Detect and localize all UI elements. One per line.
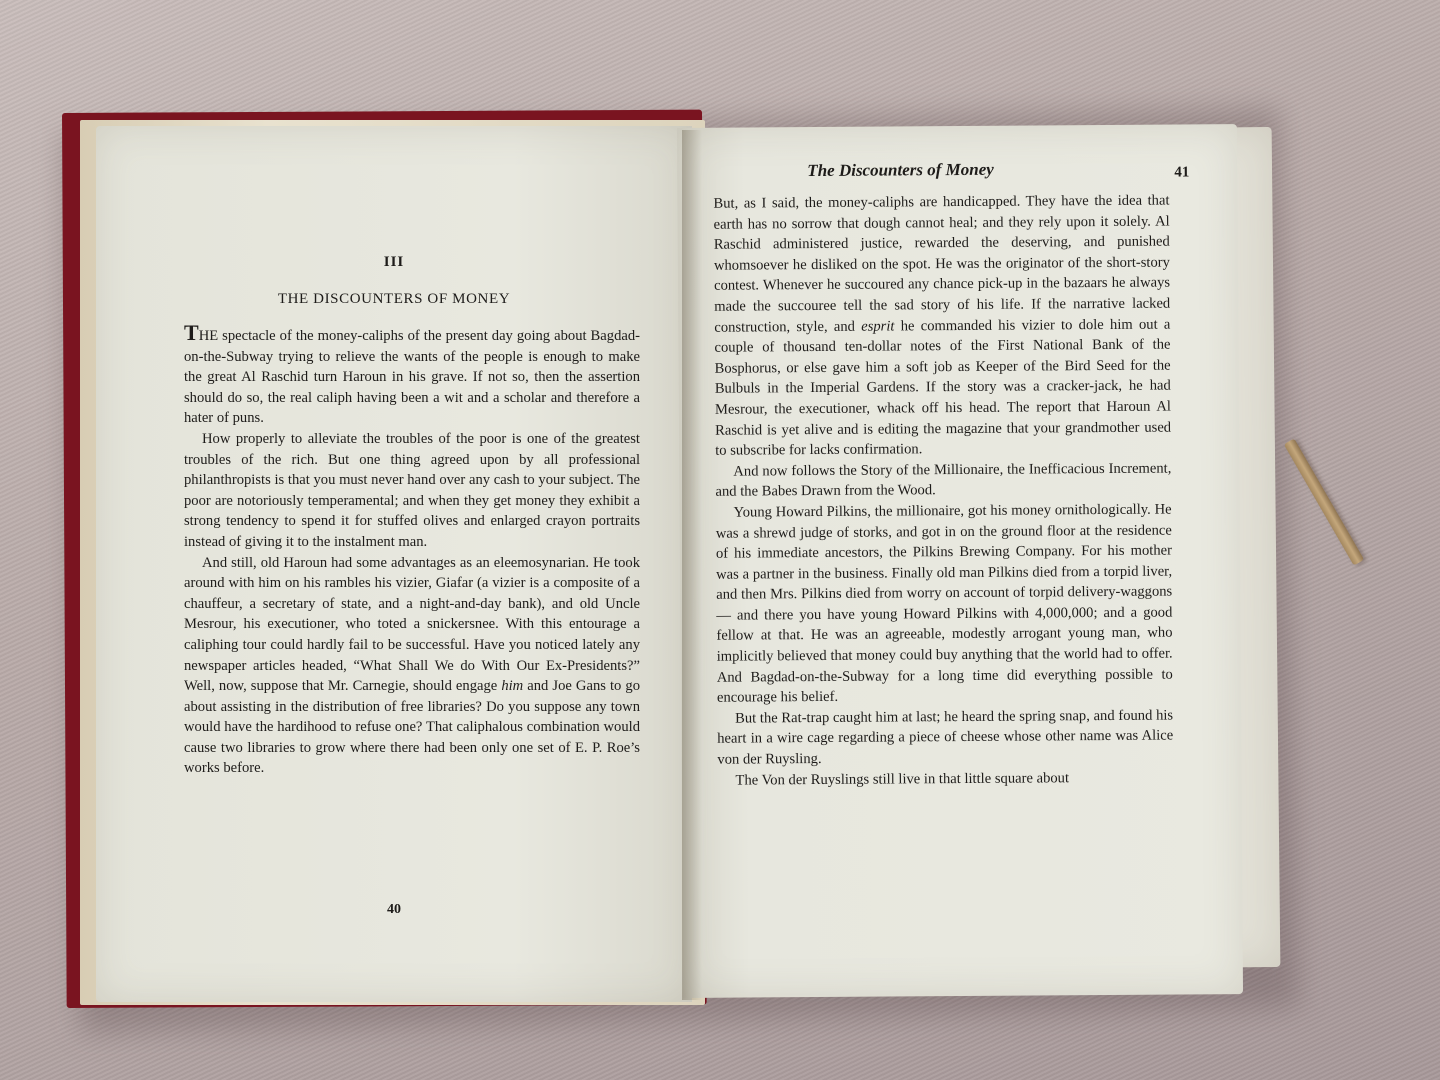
running-head: The Discounters of Money — [807, 160, 994, 181]
right-page-body: But, as I said, the money-caliphs are ha… — [713, 191, 1173, 791]
chapter-number: III — [96, 254, 692, 271]
left-page: III THE DISCOUNTERS OF MONEY THE spectac… — [96, 126, 692, 1002]
paragraph: THE spectacle of the money-caliphs of th… — [184, 326, 640, 429]
paragraph: But the Rat-trap caught him at last; he … — [717, 705, 1173, 770]
paragraph: Young Howard Pilkins, the millionaire, g… — [716, 499, 1173, 708]
emphasis: esprit — [861, 318, 894, 334]
paragraph: But, as I said, the money-caliphs are ha… — [713, 191, 1171, 462]
page-number: 41 — [1174, 164, 1189, 181]
right-page: The Discounters of Money 41 But, as I sa… — [677, 124, 1243, 998]
paragraph: And now follows the Story of the Million… — [715, 458, 1171, 502]
chapter-title: THE DISCOUNTERS OF MONEY — [96, 291, 692, 308]
left-page-body: THE spectacle of the money-caliphs of th… — [184, 326, 640, 779]
paragraph: And still, old Haroun had some advantage… — [184, 553, 640, 780]
drop-cap: T — [184, 320, 199, 345]
wooden-stick — [1284, 438, 1364, 565]
emphasis: him — [501, 678, 523, 694]
paragraph: The Von der Ruyslings still live in that… — [717, 767, 1173, 791]
book-gutter — [682, 130, 702, 1000]
page-number: 40 — [96, 902, 692, 918]
paragraph: How properly to alleviate the troubles o… — [184, 429, 640, 553]
